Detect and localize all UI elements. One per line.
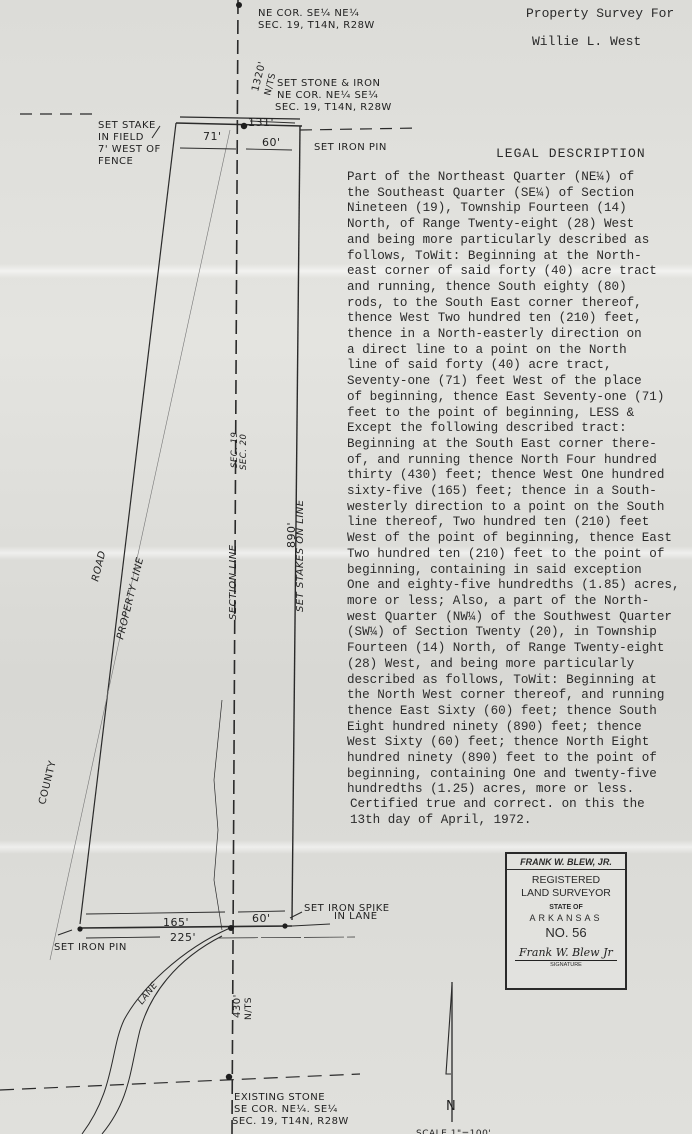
legal-line: (SW¼) of Section Twenty (20), in Townshi… — [347, 625, 692, 641]
owner-name: Willie L. West — [532, 34, 641, 49]
label-set-stake-4: FENCE — [98, 156, 133, 167]
north-label: N — [446, 1099, 456, 1114]
dim-71: 71' — [203, 130, 222, 143]
label-set-stake-1: SET STAKE — [98, 120, 156, 131]
legal-line: thence in a North-easterly direction on — [347, 327, 692, 343]
label-scale: SCALE 1"=100' — [416, 1129, 491, 1134]
legal-line: Part of the Northeast Quarter (NE¼) of — [347, 170, 692, 186]
legal-line: Eight hundred ninety (890) feet; thence — [347, 720, 692, 736]
label-property-line: PROPERTY LINE — [115, 556, 146, 641]
label-nts-bottom: N/TS — [244, 997, 254, 1020]
legal-line: (28) West, and being more particularly — [347, 657, 692, 673]
legal-line: and running, thence South eighty (80) — [347, 280, 692, 296]
dim-131: 131' — [248, 116, 274, 129]
legal-line: east corner of said forty (40) acre trac… — [347, 264, 692, 280]
seal-state: ARKANSAS — [507, 913, 625, 923]
legal-line: line thereof, Two hundred ten (210) feet — [347, 515, 692, 531]
certification: Certified true and correct. on this the1… — [350, 796, 645, 828]
legal-line: a direct line to a point on the North — [347, 343, 692, 359]
legal-line: Except the following described tract: — [347, 421, 692, 437]
legal-line: Nineteen (19), Township Fourteen (14) — [347, 201, 692, 217]
label-in-lane: IN LANE — [334, 911, 378, 922]
legal-line: of, and running thence North Four hundre… — [347, 453, 692, 469]
surveyor-name: FRANK W. BLEW, JR. — [507, 854, 625, 870]
label-sec-20: SEC. 20 — [239, 434, 249, 470]
certification-line-1: Certified true and correct. on this the — [350, 796, 645, 812]
surveyor-seal: FRANK W. BLEW, JR. REGISTEREDLAND SURVEY… — [505, 852, 627, 990]
property-line — [80, 123, 176, 924]
label-road: ROAD — [90, 550, 108, 583]
legal-line: the Southeast Quarter (SE¼) of Section — [347, 186, 692, 202]
label-set-stake-2: IN FIELD — [98, 132, 144, 143]
dim-430: 430' — [232, 994, 243, 1018]
label-section-line: SECTION LINE — [228, 544, 239, 620]
legal-line: and being more particularly described as — [347, 233, 692, 249]
legal-line: Seventy-one (71) feet West of the place — [347, 374, 692, 390]
legal-line: the North West corner thereof, and runni… — [347, 688, 692, 704]
seal-registered: REGISTERED — [507, 874, 625, 887]
label-se-cor: SE COR. NE¼. SE¼ — [234, 1103, 338, 1115]
legal-line: feet to the point of beginning, LESS & — [347, 406, 692, 422]
legal-line: more or less; Also, a part of the North- — [347, 594, 692, 610]
legal-line: westerly direction to a point on the Sou… — [347, 500, 692, 516]
legal-line: Fourteen (14) North, of Range Twenty-eig… — [347, 641, 692, 657]
legal-line: rods, to the South East corner thereof, — [347, 296, 692, 312]
legal-line: North, of Range Twenty-eight (28) West — [347, 217, 692, 233]
label-existing-stone: EXISTING STONE — [234, 1092, 325, 1103]
label-county: COUNTY — [37, 759, 59, 806]
legal-line: follows, ToWit: Beginning at the North- — [347, 249, 692, 265]
legal-line: One and eighty-five hundredths (1.85) ac… — [347, 578, 692, 594]
legal-line: beginning, containing One and twenty-fiv… — [347, 767, 692, 783]
dim-225: 225' — [170, 931, 196, 944]
survey-title: Property Survey For — [526, 6, 674, 21]
legal-line: Two hundred ten (210) feet to the point … — [347, 547, 692, 563]
label-ne-cor-top: NE COR. SE¼ NE¼ — [258, 7, 359, 19]
legal-line: West Sixty (60) feet; thence North Eight — [347, 735, 692, 751]
dim-60-top: 60' — [262, 136, 281, 149]
seal-land-surveyor: LAND SURVEYOR — [507, 887, 625, 900]
legal-line: West of the point of beginning, thence E… — [347, 531, 692, 547]
dim-165: 165' — [163, 916, 189, 929]
legal-line: thence East Sixty (60) feet; thence Sout… — [347, 704, 692, 720]
legal-line: hundred ninety (890) feet to the point o… — [347, 751, 692, 767]
legal-line: beginning, containing in said exception — [347, 563, 692, 579]
legal-line: line of said forty (40) acre tract, — [347, 358, 692, 374]
legal-description-text: Part of the Northeast Quarter (NE¼) ofth… — [347, 170, 692, 798]
surveyor-signature: Frank W. Blew Jr — [519, 946, 613, 959]
label-ne-cor-ne-se: NE COR. NE¼ SE¼ — [277, 89, 378, 101]
legal-line: described as follows, ToWit: Beginning a… — [347, 673, 692, 689]
label-set-stake-3: 7' WEST OF — [98, 144, 161, 155]
label-set-stone-iron: SET STONE & IRON — [277, 78, 380, 89]
legal-line: thirty (430) feet; thence West One hundr… — [347, 468, 692, 484]
legal-line: of beginning, thence East Seventy-one (7… — [347, 390, 692, 406]
label-sec-19-mid: SEC. 19, T14N, R28W — [275, 102, 392, 113]
seal-number: NO. 56 — [507, 925, 625, 940]
label-set-stakes-on-line: SET STAKES ON LINE — [295, 499, 306, 612]
certification-line-2: 13th day of April, 1972. — [350, 812, 645, 828]
label-sec-top: SEC. 19, T14N, R28W — [258, 20, 375, 31]
label-sec-19-bottom: SEC. 19, T14N, R28W — [232, 1116, 349, 1127]
legal-description-heading: LEGAL DESCRIPTION — [496, 146, 646, 161]
legal-line: thence West Two hundred ten (210) feet, — [347, 311, 692, 327]
label-set-iron-pin-bottom: SET IRON PIN — [54, 942, 127, 953]
label-set-iron-pin-top: SET IRON PIN — [314, 142, 387, 153]
dim-60-bottom: 60' — [252, 912, 271, 925]
legal-line: Beginning at the South East corner there… — [347, 437, 692, 453]
seal-state-label: STATE OF — [507, 904, 625, 911]
legal-line: west Quarter (NW¼) of the Southwest Quar… — [347, 610, 692, 626]
signature-label: SIGNATURE — [507, 962, 625, 968]
legal-line: sixty-five (165) feet; thence in a South… — [347, 484, 692, 500]
